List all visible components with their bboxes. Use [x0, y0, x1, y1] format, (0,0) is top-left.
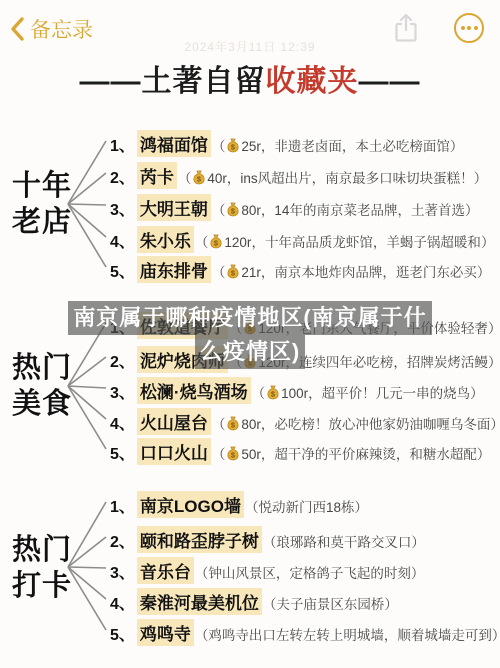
item-description: （$120r，老门东人气餐厅，平价体验轻奢） — [229, 317, 500, 337]
item-name: 鸡鸣寺 — [137, 619, 194, 646]
money-bag-icon: $ — [226, 446, 240, 461]
list-item: 4、秦淮河最美机位（夫子庙景区东园桥） — [110, 588, 398, 615]
money-bag-icon: $ — [226, 416, 240, 431]
item-description: （$25r，非遗老卤面，本土必吃榜面馆） — [212, 135, 464, 155]
item-description: （琅琊路和莫干路交叉口） — [263, 531, 425, 551]
money-bag-icon: $ — [243, 354, 257, 369]
list-item: 1、南京LOGO墙（悦动新门西18栋） — [110, 491, 368, 518]
item-number: 3、 — [110, 380, 135, 403]
item-number: 1、 — [110, 494, 135, 517]
item-number: 5、 — [110, 622, 135, 645]
item-number: 2、 — [110, 165, 135, 188]
item-number: 3、 — [110, 560, 135, 583]
note-date: 2024年3月11日 12:39 — [0, 38, 500, 55]
item-name: 秦淮河最美机位 — [137, 588, 262, 615]
item-number: 5、 — [110, 259, 135, 282]
money-bag-icon: $ — [266, 385, 280, 400]
title-dash-right: —— — [359, 65, 421, 98]
money-bag-icon: $ — [209, 234, 223, 249]
section-label-line: 热门 — [10, 350, 74, 386]
item-number: 1、 — [110, 315, 135, 338]
item-number: 4、 — [110, 591, 135, 614]
item-description: （$120r，连续四年必吃榜，招牌炭烤活鳗） — [229, 351, 500, 371]
item-description: （$21r，南京本地炸肉品牌，逛老门东必买） — [212, 261, 491, 281]
item-name: 松澜·烧鸟酒场 — [137, 377, 251, 404]
section-label-line: 打卡 — [10, 568, 74, 604]
item-name: 庙东排骨 — [137, 256, 211, 283]
list-item: 3、松澜·烧鸟酒场（$100r，超平价！几元一串的烧鸟） — [110, 377, 484, 404]
item-number: 4、 — [110, 229, 135, 252]
list-item: 3、大明王朝（$80r，14年的南京菜老品牌，土著首选） — [110, 194, 478, 221]
item-description: （$80r，14年的南京菜老品牌，土著首选） — [212, 199, 479, 219]
money-bag-icon: $ — [226, 138, 240, 153]
note-title: ——土著自留收藏夹—— — [0, 56, 500, 100]
item-description: （$50r，超干净的平价麻辣烫，和糖水超配） — [212, 443, 491, 463]
item-name: 口口火山 — [137, 438, 211, 465]
item-description: （$40r，ins风超出片，南京最多口味切块蛋糕！） — [178, 167, 487, 187]
item-description: （钟山风景区，定格鸽子飞起的时刻） — [195, 562, 425, 582]
item-name: 朱小乐 — [137, 226, 194, 253]
title-black-text: 土著自留 — [142, 65, 266, 98]
section-label-line: 十年 — [10, 168, 74, 204]
list-item: 4、火山屋台（$80r，必吃榜！放心冲他家奶油咖喱乌冬面） — [110, 408, 500, 435]
item-description: （鸡鸣寺出口左转左转上明城墙，顺着城墙走可到） — [195, 624, 500, 644]
item-description: （夫子庙景区东园桥） — [263, 593, 398, 613]
money-bag-icon: $ — [226, 264, 240, 279]
item-number: 4、 — [110, 411, 135, 434]
item-description: （$120r，十年高品质龙虾馆，羊蝎子锅超暖和） — [195, 231, 495, 251]
item-name: 佐敦道餐厅 — [137, 312, 228, 339]
item-name: 泥炉烧肉师 — [137, 346, 228, 373]
item-description: （悦动新门西18栋） — [245, 496, 368, 516]
section-label-2: 热门美食 — [10, 350, 74, 422]
item-number: 2、 — [110, 349, 135, 372]
list-item: 2、颐和路歪脖子树（琅琊路和莫干路交叉口） — [110, 526, 425, 553]
title-dash-left: —— — [80, 65, 142, 98]
money-bag-icon: $ — [226, 202, 240, 217]
section-label-line: 老店 — [10, 204, 74, 240]
section-label-line: 美食 — [10, 386, 74, 422]
list-item: 3、音乐台（钟山风景区，定格鸽子飞起的时刻） — [110, 557, 424, 584]
list-item: 1、佐敦道餐厅（$120r，老门东人气餐厅，平价体验轻奢） — [110, 312, 500, 339]
notes-app-screen: 备忘录 2024年3月11日 12:39 ——土著自留收藏夹—— 十年老店1、鸿… — [0, 0, 500, 668]
item-description: （$100r，超平价！几元一串的烧鸟） — [252, 382, 484, 402]
list-item: 2、泥炉烧肉师（$120r，连续四年必吃榜，招牌炭烤活鳗） — [110, 346, 500, 373]
item-name: 南京LOGO墙 — [137, 491, 244, 518]
item-name: 芮卡 — [137, 162, 177, 189]
item-description: （$80r，必吃榜！放心冲他家奶油咖喱乌冬面） — [212, 413, 500, 433]
list-item: 5、庙东排骨（$21r，南京本地炸肉品牌，逛老门东必买） — [110, 256, 490, 283]
list-item: 4、朱小乐（$120r，十年高品质龙虾馆，羊蝎子锅超暖和） — [110, 226, 494, 253]
item-number: 5、 — [110, 441, 135, 464]
item-name: 大明王朝 — [137, 194, 211, 221]
section-label-1: 十年老店 — [10, 168, 74, 240]
item-name: 颐和路歪脖子树 — [137, 526, 262, 553]
item-number: 3、 — [110, 197, 135, 220]
section-label-3: 热门打卡 — [10, 532, 74, 604]
item-name: 音乐台 — [137, 557, 194, 584]
item-name: 鸿福面馆 — [137, 130, 211, 157]
title-red-text: 收藏夹 — [266, 65, 359, 98]
section-label-line: 热门 — [10, 532, 74, 568]
money-bag-icon: $ — [243, 320, 257, 335]
list-item: 1、鸿福面馆（$25r，非遗老卤面，本土必吃榜面馆） — [110, 130, 463, 157]
list-item: 2、芮卡（$40r，ins风超出片，南京最多口味切块蛋糕！） — [110, 162, 487, 189]
item-name: 火山屋台 — [137, 408, 211, 435]
list-item: 5、口口火山（$50r，超干净的平价麻辣烫，和糖水超配） — [110, 438, 490, 465]
item-number: 1、 — [110, 133, 135, 156]
list-item: 5、鸡鸣寺（鸡鸣寺出口左转左转上明城墙，顺着城墙走可到） — [110, 619, 500, 646]
money-bag-icon: $ — [192, 170, 206, 185]
item-number: 2、 — [110, 529, 135, 552]
